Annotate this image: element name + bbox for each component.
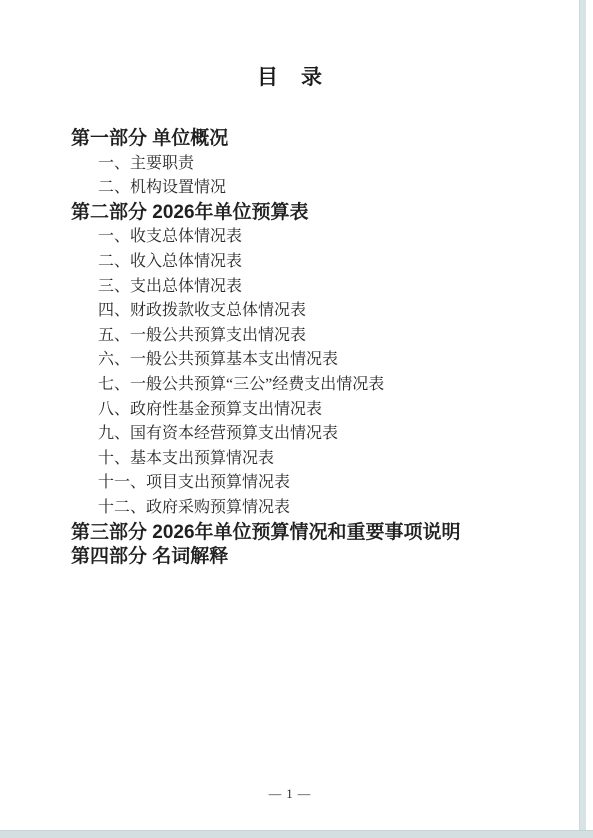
toc-entry-item: 一、收支总体情况表 [0, 225, 580, 250]
toc-entry-item: 十、基本支出预算情况表 [0, 447, 580, 472]
toc-entry-item: 十一、项目支出预算情况表 [0, 471, 580, 496]
toc-entry-section: 第一部分 单位概况 [0, 127, 580, 152]
toc-entry-item: 六、一般公共预算基本支出情况表 [0, 348, 580, 373]
page-edge-bottom [0, 830, 593, 838]
toc-entry-item: 七、一般公共预算“三公”经费支出情况表 [0, 373, 580, 398]
toc-entry-section: 第三部分 2026年单位预算情况和重要事项说明 [0, 521, 580, 546]
toc-entry-item: 五、一般公共预算支出情况表 [0, 324, 580, 349]
toc-list: 第一部分 单位概况一、主要职责二、机构设置情况第二部分 2026年单位预算表一、… [0, 127, 580, 570]
page-number: — 1 — [0, 787, 580, 802]
toc-entry-item: 九、国有资本经营预算支出情况表 [0, 422, 580, 447]
toc-entry-item: 四、财政拨款收支总体情况表 [0, 299, 580, 324]
toc-entry-item: 十二、政府采购预算情况表 [0, 496, 580, 521]
toc-entry-item: 二、机构设置情况 [0, 176, 580, 201]
toc-entry-item: 一、主要职责 [0, 152, 580, 177]
toc-title: 目 录 [0, 61, 580, 91]
document-page: 目 录 第一部分 单位概况一、主要职责二、机构设置情况第二部分 2026年单位预… [0, 0, 580, 830]
toc-entry-section: 第四部分 名词解释 [0, 545, 580, 570]
toc-entry-item: 三、支出总体情况表 [0, 275, 580, 300]
toc-entry-item: 二、收入总体情况表 [0, 250, 580, 275]
toc-entry-item: 八、政府性基金预算支出情况表 [0, 398, 580, 423]
page-edge-right [579, 0, 586, 832]
toc-entry-section: 第二部分 2026年单位预算表 [0, 201, 580, 226]
